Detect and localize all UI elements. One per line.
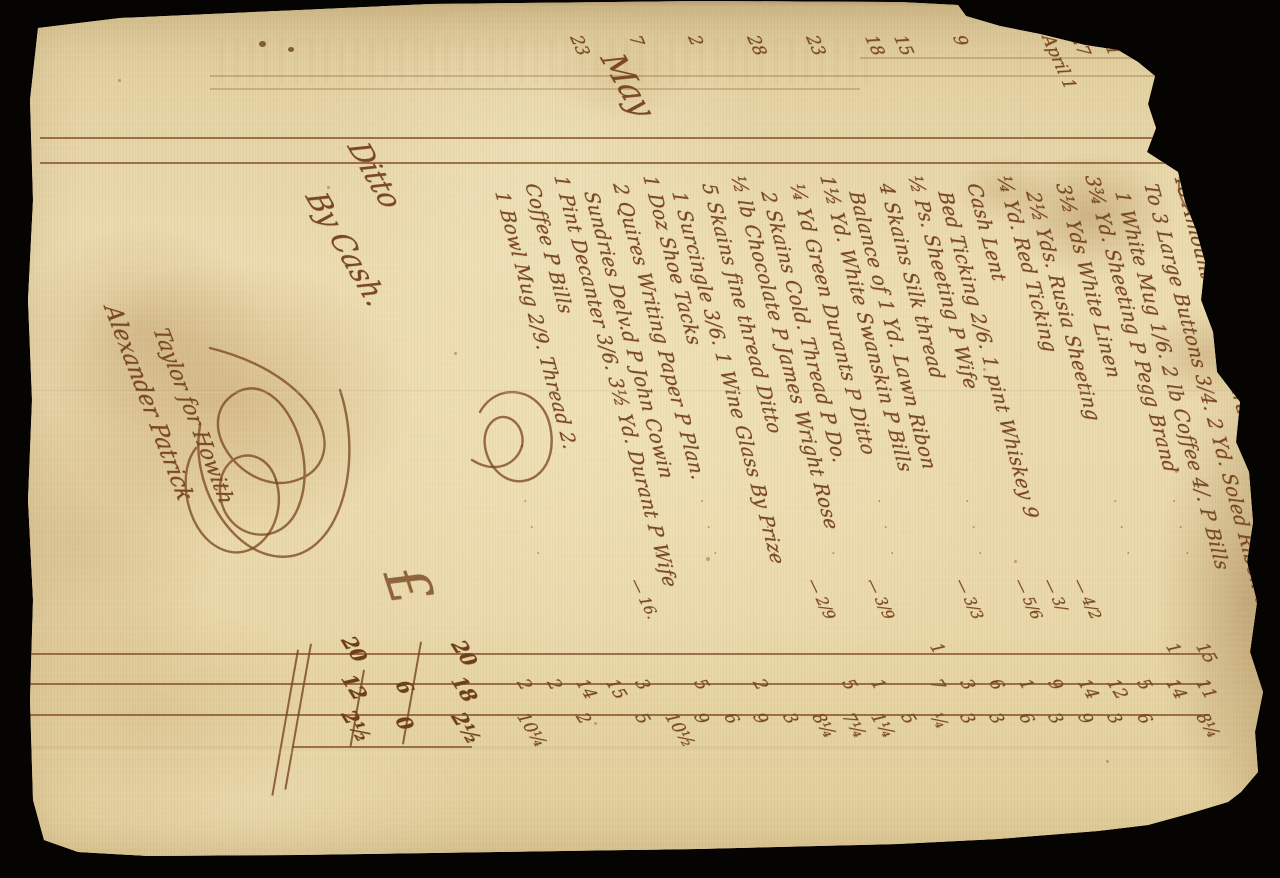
year-label: 1795 xyxy=(1200,60,1247,112)
closing-ditto: Ditto xyxy=(340,138,410,211)
ledger-row-amount: 3 xyxy=(1103,710,1127,727)
ledger-row-amount: 5 xyxy=(1132,676,1156,693)
ledger-row-amount: 9 xyxy=(1073,710,1097,727)
ledger-row-price: — 3/9 xyxy=(863,576,900,621)
ledger-row-amount: 3 xyxy=(955,710,979,727)
ledger-row-amount: 2 xyxy=(749,676,773,693)
ink-speck-1 xyxy=(259,41,266,47)
ledger-row-date: March. 9 xyxy=(1155,33,1206,109)
ledger-row-date: 9 xyxy=(949,33,973,48)
ledger-row-leader-dots: · · · xyxy=(693,497,725,566)
ink-bleed-through xyxy=(220,38,880,84)
ledger-row-amount: 6 xyxy=(1014,710,1038,727)
ledger-row-amount: 5 xyxy=(896,710,920,727)
ledger-rule-pounds xyxy=(30,653,1210,655)
fox-spot-8 xyxy=(1106,760,1109,763)
rotated-ledger: 1795 March. 9To Amount Bro.t forward· · … xyxy=(20,30,1260,830)
scanner-background: 1795 March. 9To Amount Bro.t forward· · … xyxy=(0,0,1280,878)
ledger-row-amount: 3 xyxy=(778,710,802,727)
ledger-row-amount: 3 xyxy=(985,710,1009,727)
ledger-row-amount: 8¼ xyxy=(1191,710,1224,741)
ledger-rule-date-left xyxy=(40,137,1245,139)
fold-crease-horizontal-2 xyxy=(30,746,1230,754)
fox-spot-6 xyxy=(594,722,597,725)
ledger-row-amount: 5 xyxy=(631,710,655,727)
ledger-row-amount: 14 xyxy=(1073,676,1103,703)
ledger-row-date: 15 xyxy=(890,33,919,58)
ledger-row-leader-dots: · · · xyxy=(959,497,991,566)
ink-flourish-swirl xyxy=(458,382,568,492)
ledger-row-amount: 2 xyxy=(513,676,537,693)
subtotal-shillings: 18 xyxy=(446,672,483,705)
ledger-row-amount: 1 xyxy=(867,676,891,693)
pound-sign: £ xyxy=(370,557,446,613)
manuscript-paper: 1795 March. 9To Amount Bro.t forward· · … xyxy=(0,0,1280,878)
fox-spot-3 xyxy=(706,557,710,561)
ledger-row-amount: 12 xyxy=(1103,676,1133,703)
ledger-row-amount: 14 xyxy=(572,676,602,703)
ledger-row-date: 21 xyxy=(1096,33,1125,58)
balance-double-underline-2 xyxy=(271,650,299,796)
ledger-row-date: April 1 xyxy=(1037,33,1080,91)
ledger-row-amount: 6 xyxy=(1132,710,1156,727)
fox-spot-1 xyxy=(118,79,121,82)
ledger-row-amount: 1 xyxy=(1014,676,1038,693)
ledger-row-amount: 7 xyxy=(926,676,950,693)
ledger-row-price: — 3/3 xyxy=(951,576,988,621)
fox-spot-5 xyxy=(454,352,457,355)
ledger-row-amount: 6 xyxy=(985,676,1009,693)
fox-spot-10 xyxy=(1175,470,1178,473)
fold-crease-vertical-2 xyxy=(556,10,558,190)
ledger-rule-date-right xyxy=(40,162,1245,164)
ledger-row-leader-dots: · · · xyxy=(870,497,902,566)
ledger-row-date: 18 xyxy=(1126,33,1155,58)
subtotal-pounds: 20 xyxy=(446,636,483,669)
ledger-row-leader-dots: · · · xyxy=(1106,497,1138,566)
ledger-row-amount: 9 xyxy=(690,710,714,727)
fold-crease-vertical-1 xyxy=(1020,28,1023,418)
fox-spot-2 xyxy=(1014,560,1017,563)
ledger-rule-margin-3 xyxy=(210,88,860,90)
ledger-row-price: — 3/ xyxy=(1040,576,1072,613)
fox-spot-9 xyxy=(327,186,330,189)
ledger-row-amount: 14 xyxy=(1162,676,1192,703)
ledger-row-amount: 3 xyxy=(631,676,655,693)
ledger-row-amount: 3 xyxy=(955,676,979,693)
ledger-row-price: — 2/9 xyxy=(804,576,841,621)
ledger-row-price: — 4/2 xyxy=(1069,576,1106,621)
ledger-row-amount: 2 xyxy=(572,710,596,727)
ledger-row-amount: 5 xyxy=(837,676,861,693)
balance-shillings: 12 xyxy=(336,670,373,703)
ledger-row-amount: 6 xyxy=(719,710,743,727)
fox-spot-7 xyxy=(868,580,870,582)
balance-double-underline-1 xyxy=(284,644,312,790)
ledger-row-amount: 9 xyxy=(1044,676,1068,693)
ledger-row-amount: 11 xyxy=(1191,676,1221,703)
balance-pence: 2½ xyxy=(336,706,377,745)
ink-speck-2 xyxy=(288,47,294,52)
ledger-row-amount: 5 xyxy=(690,676,714,693)
balance-pounds: 20 xyxy=(336,632,373,665)
ledger-row-amount: 2 xyxy=(542,676,566,693)
ledger-row-amount: 9 xyxy=(749,710,773,727)
ledger-row-date: 27 xyxy=(1067,33,1096,58)
ledger-row-amount: 15 xyxy=(1191,640,1221,667)
ledger-row-leader-dots: · · · xyxy=(1165,497,1197,566)
ledger-row-amount: 3 xyxy=(1044,710,1068,727)
fold-crease-horizontal-1 xyxy=(30,390,1245,393)
ledger-row-amount: 15 xyxy=(601,676,631,703)
fox-spot-4 xyxy=(983,368,986,371)
ledger-row-leader-dots: · · · xyxy=(516,497,548,566)
